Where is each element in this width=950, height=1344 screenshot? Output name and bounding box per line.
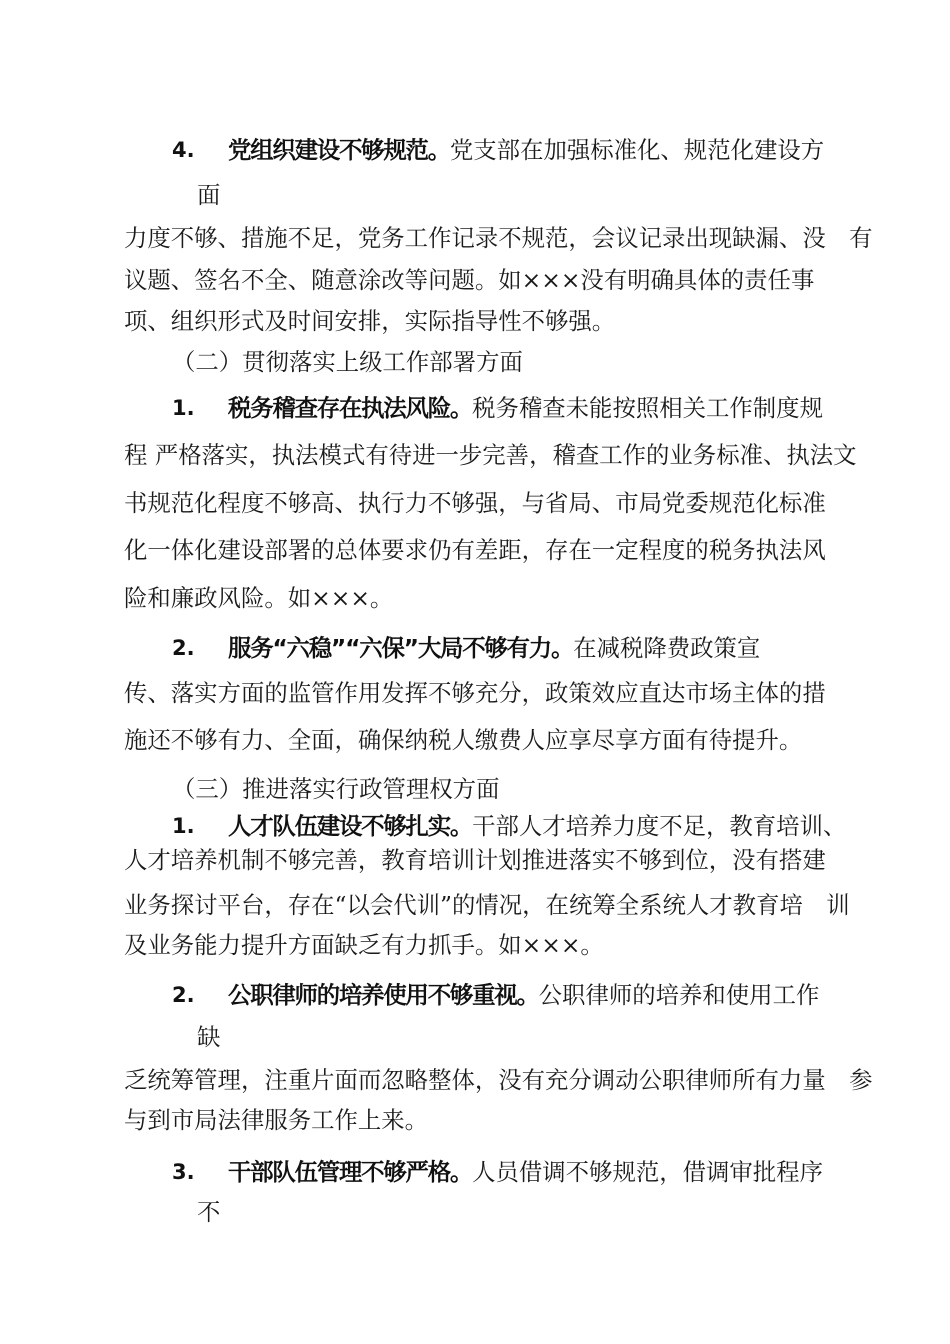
body-line: 人才培养机制不够完善，教育培训计划推进落实不够到位，没有搭建: [124, 845, 826, 875]
item-heading-line: 人才队伍建设不够扎实。干部人才培养力度不足，教育培训、: [228, 811, 846, 841]
body-line: 书规范化程度不够高、执行力不够强，与省局、市局党委规范化标准: [124, 488, 826, 518]
wrap-line: 不: [197, 1197, 220, 1227]
item-title: 党组织建设不够规范。: [228, 136, 450, 164]
item-first-line: 公职律师的培养和使用工作: [539, 981, 820, 1009]
item-title: 服务“六稳”“六保”大局不够有力。: [228, 634, 573, 662]
body-line: 及业务能力提升方面缺乏有力抓手。如×××。: [124, 930, 604, 960]
wrap-line: 缺: [197, 1022, 220, 1052]
body-line: 项、组织形式及时间安排，实际指导性不够强。: [124, 306, 615, 336]
item-title: 干部队伍管理不够严格。: [228, 1158, 472, 1186]
item-heading-line: 党组织建设不够规范。党支部在加强标准化、规范化建设方: [228, 135, 824, 165]
body-line: 化一体化建设部署的总体要求仍有差距，存在一定程度的税务执法风: [124, 535, 826, 565]
section-heading-2: （二）贯彻落实上级工作部署方面: [172, 347, 523, 377]
item-first-line: 税务稽查未能按照相关工作制度规: [472, 394, 823, 422]
item-number: 1.: [172, 811, 195, 841]
item-first-line: 在减税降费政策宣: [573, 634, 760, 662]
item-title: 公职律师的培养使用不够重视。: [228, 981, 539, 1009]
body-line: 险和廉政风险。如×××。: [124, 583, 393, 613]
body-line: 与到市局法律服务工作上来。: [124, 1105, 428, 1135]
item-number: 3.: [172, 1157, 195, 1187]
item-number: 2.: [172, 633, 195, 663]
item-first-line: 党支部在加强标准化、规范化建设方: [450, 136, 824, 164]
wrap-line: 面: [197, 180, 220, 210]
section-heading-3: （三）推进落实行政管理权方面: [172, 774, 499, 804]
body-line: 施还不够有力、全面，确保纳税人缴费人应享尽享方面有待提升。: [124, 725, 802, 755]
body-line: 程 严格落实，执法模式有待进一步完善，稽查工作的业务标准、执法文: [124, 440, 857, 470]
item-first-line: 干部人才培养力度不足，教育培训、: [472, 812, 846, 840]
body-line: 议题、签名不全、随意涂改等问题。如×××没有明确具体的责任事: [124, 265, 814, 295]
body-line: 乏统筹管理，注重片面而忽略整体，没有充分调动公职律师所有力量 参: [124, 1065, 873, 1095]
item-first-line: 人员借调不够规范，借调审批程序: [472, 1158, 823, 1186]
item-number: 2.: [172, 980, 195, 1010]
item-heading-line: 公职律师的培养使用不够重视。公职律师的培养和使用工作: [228, 980, 819, 1010]
body-line: 传、落实方面的监管作用发挥不够充分，政策效应直达市场主体的措: [124, 678, 826, 708]
item-number: 4.: [172, 135, 195, 165]
item-heading-line: 服务“六稳”“六保”大局不够有力。在减税降费政策宣: [228, 633, 760, 663]
body-line: 力度不够、措施不足，党务工作记录不规范，会议记录出现缺漏、没 有: [124, 223, 873, 253]
item-number: 1.: [172, 393, 195, 423]
body-line: 业务探讨平台，存在“以会代训”的情况，在统筹全系统人才教育培 训: [124, 890, 850, 920]
item-title: 人才队伍建设不够扎实。: [228, 812, 472, 840]
item-heading-line: 干部队伍管理不够严格。人员借调不够规范，借调审批程序: [228, 1157, 823, 1187]
item-title: 税务稽查存在执法风险。: [228, 394, 472, 422]
item-heading-line: 税务稽查存在执法风险。税务稽查未能按照相关工作制度规: [228, 393, 823, 423]
